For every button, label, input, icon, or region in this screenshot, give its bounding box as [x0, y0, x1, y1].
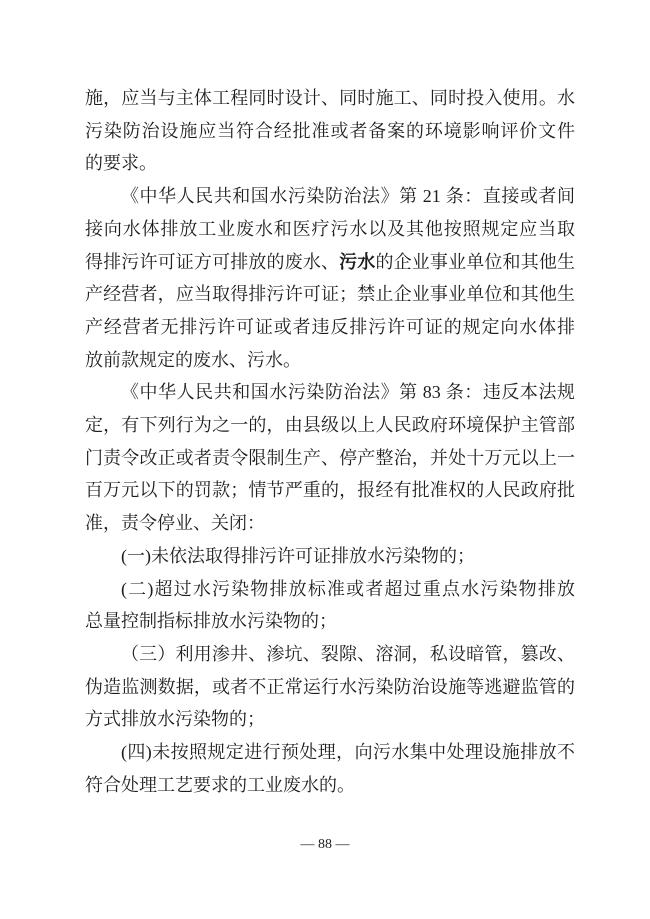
text-segment: 的企业事业单位和其他生: [375, 252, 575, 272]
text-segment: 得排污许可证方可排放的废水、: [85, 252, 339, 272]
text-line: 百万元以下的罚款；情节严重的，报经有批准权的人民政府批: [85, 474, 575, 507]
text-line: 产经营者，应当取得排污许可证；禁止企业事业单位和其他生: [85, 278, 575, 311]
text-segment: 接向水体排放工业废水和医疗污水以及其他按照规定应当取: [85, 219, 575, 239]
document-body: 施，应当与主体工程同时设计、同时施工、同时投入使用。水污染防治设施应当符合经批准…: [85, 82, 575, 801]
text-line: 《中华人民共和国水污染防治法》第 21 条：直接或者间: [85, 180, 575, 213]
paragraph: 《中华人民共和国水污染防治法》第 21 条：直接或者间接向水体排放工业废水和医疗…: [85, 180, 575, 376]
text-line: 总量控制指标排放水污染物的；: [85, 605, 575, 638]
text-line: 定，有下列行为之一的，由县级以上人民政府环境保护主管部: [85, 409, 575, 442]
text-segment: 符合处理工艺要求的工业废水的。: [85, 775, 355, 795]
text-segment: 百万元以下的罚款；情节严重的，报经有批准权的人民政府批: [85, 480, 575, 500]
page-footer: — 88 —: [0, 837, 650, 853]
text-line: 放前款规定的废水、污水。: [85, 344, 575, 377]
text-line: 接向水体排放工业废水和医疗污水以及其他按照规定应当取: [85, 213, 575, 246]
text-line: （三）利用渗井、渗坑、裂隙、溶洞，私设暗管，篡改、: [85, 638, 575, 671]
text-line: (二)超过水污染物排放标准或者超过重点水污染物排放: [85, 573, 575, 606]
text-segment: 产经营者，应当取得排污许可证；禁止企业事业单位和其他生: [85, 284, 575, 304]
paragraph: 《中华人民共和国水污染防治法》第 83 条：违反本法规定，有下列行为之一的，由县…: [85, 376, 575, 540]
text-line: (四)未按照规定进行预处理，向污水集中处理设施排放不: [85, 736, 575, 769]
text-line: 门责令改正或者责令限制生产、停产整治，并处十万元以上一: [85, 442, 575, 475]
emphasized-text: 污水: [339, 252, 375, 272]
text-segment: 门责令改正或者责令限制生产、停产整治，并处十万元以上一: [85, 448, 575, 468]
text-line: 产经营者无排污许可证或者违反排污许可证的规定向水体排: [85, 311, 575, 344]
text-segment: 污染防治设施应当符合经批准或者备案的环境影响评价文件: [85, 121, 575, 141]
text-segment: (四)未按照规定进行预处理，向污水集中处理设施排放不: [121, 742, 575, 762]
paragraph: 施，应当与主体工程同时设计、同时施工、同时投入使用。水污染防治设施应当符合经批准…: [85, 82, 575, 180]
text-line: 方式排放水污染物的；: [85, 703, 575, 736]
text-segment: 准，责令停业、关闭：: [85, 513, 265, 533]
text-segment: 的要求。: [85, 153, 157, 173]
text-segment: 定，有下列行为之一的，由县级以上人民政府环境保护主管部: [85, 415, 575, 435]
text-segment: (二)超过水污染物排放标准或者超过重点水污染物排放: [121, 579, 575, 599]
text-line: 《中华人民共和国水污染防治法》第 83 条：违反本法规: [85, 376, 575, 409]
text-segment: 施，应当与主体工程同时设计、同时施工、同时投入使用。水: [85, 88, 575, 108]
text-line: (一)未依法取得排污许可证排放水污染物的；: [85, 540, 575, 573]
text-line: 伪造监测数据，或者不正常运行水污染防治设施等逃避监管的: [85, 671, 575, 704]
text-segment: 方式排放水污染物的；: [85, 709, 265, 729]
paragraph: (二)超过水污染物排放标准或者超过重点水污染物排放总量控制指标排放水污染物的；: [85, 573, 575, 638]
text-segment: 《中华人民共和国水污染防治法》第 83 条：违反本法规: [121, 382, 575, 402]
document-page: 施，应当与主体工程同时设计、同时施工、同时投入使用。水污染防治设施应当符合经批准…: [0, 0, 650, 919]
text-segment: 放前款规定的废水、污水。: [85, 350, 301, 370]
text-line: 准，责令停业、关闭：: [85, 507, 575, 540]
text-segment: 伪造监测数据，或者不正常运行水污染防治设施等逃避监管的: [85, 677, 575, 697]
text-segment: (一)未依法取得排污许可证排放水污染物的；: [121, 546, 475, 566]
text-segment: （三）利用渗井、渗坑、裂隙、溶洞，私设暗管，篡改、: [121, 644, 575, 664]
paragraph: （三）利用渗井、渗坑、裂隙、溶洞，私设暗管，篡改、伪造监测数据，或者不正常运行水…: [85, 638, 575, 736]
paragraph: (四)未按照规定进行预处理，向污水集中处理设施排放不符合处理工艺要求的工业废水的…: [85, 736, 575, 801]
text-line: 污染防治设施应当符合经批准或者备案的环境影响评价文件: [85, 115, 575, 148]
text-segment: 产经营者无排污许可证或者违反排污许可证的规定向水体排: [85, 317, 575, 337]
text-line: 施，应当与主体工程同时设计、同时施工、同时投入使用。水: [85, 82, 575, 115]
text-line: 得排污许可证方可排放的废水、污水的企业事业单位和其他生: [85, 246, 575, 279]
text-segment: 《中华人民共和国水污染防治法》第 21 条：直接或者间: [121, 186, 575, 206]
page-number: — 88 —: [301, 837, 350, 852]
text-line: 的要求。: [85, 147, 575, 180]
paragraph: (一)未依法取得排污许可证排放水污染物的；: [85, 540, 575, 573]
text-line: 符合处理工艺要求的工业废水的。: [85, 769, 575, 802]
text-segment: 总量控制指标排放水污染物的；: [85, 611, 337, 631]
